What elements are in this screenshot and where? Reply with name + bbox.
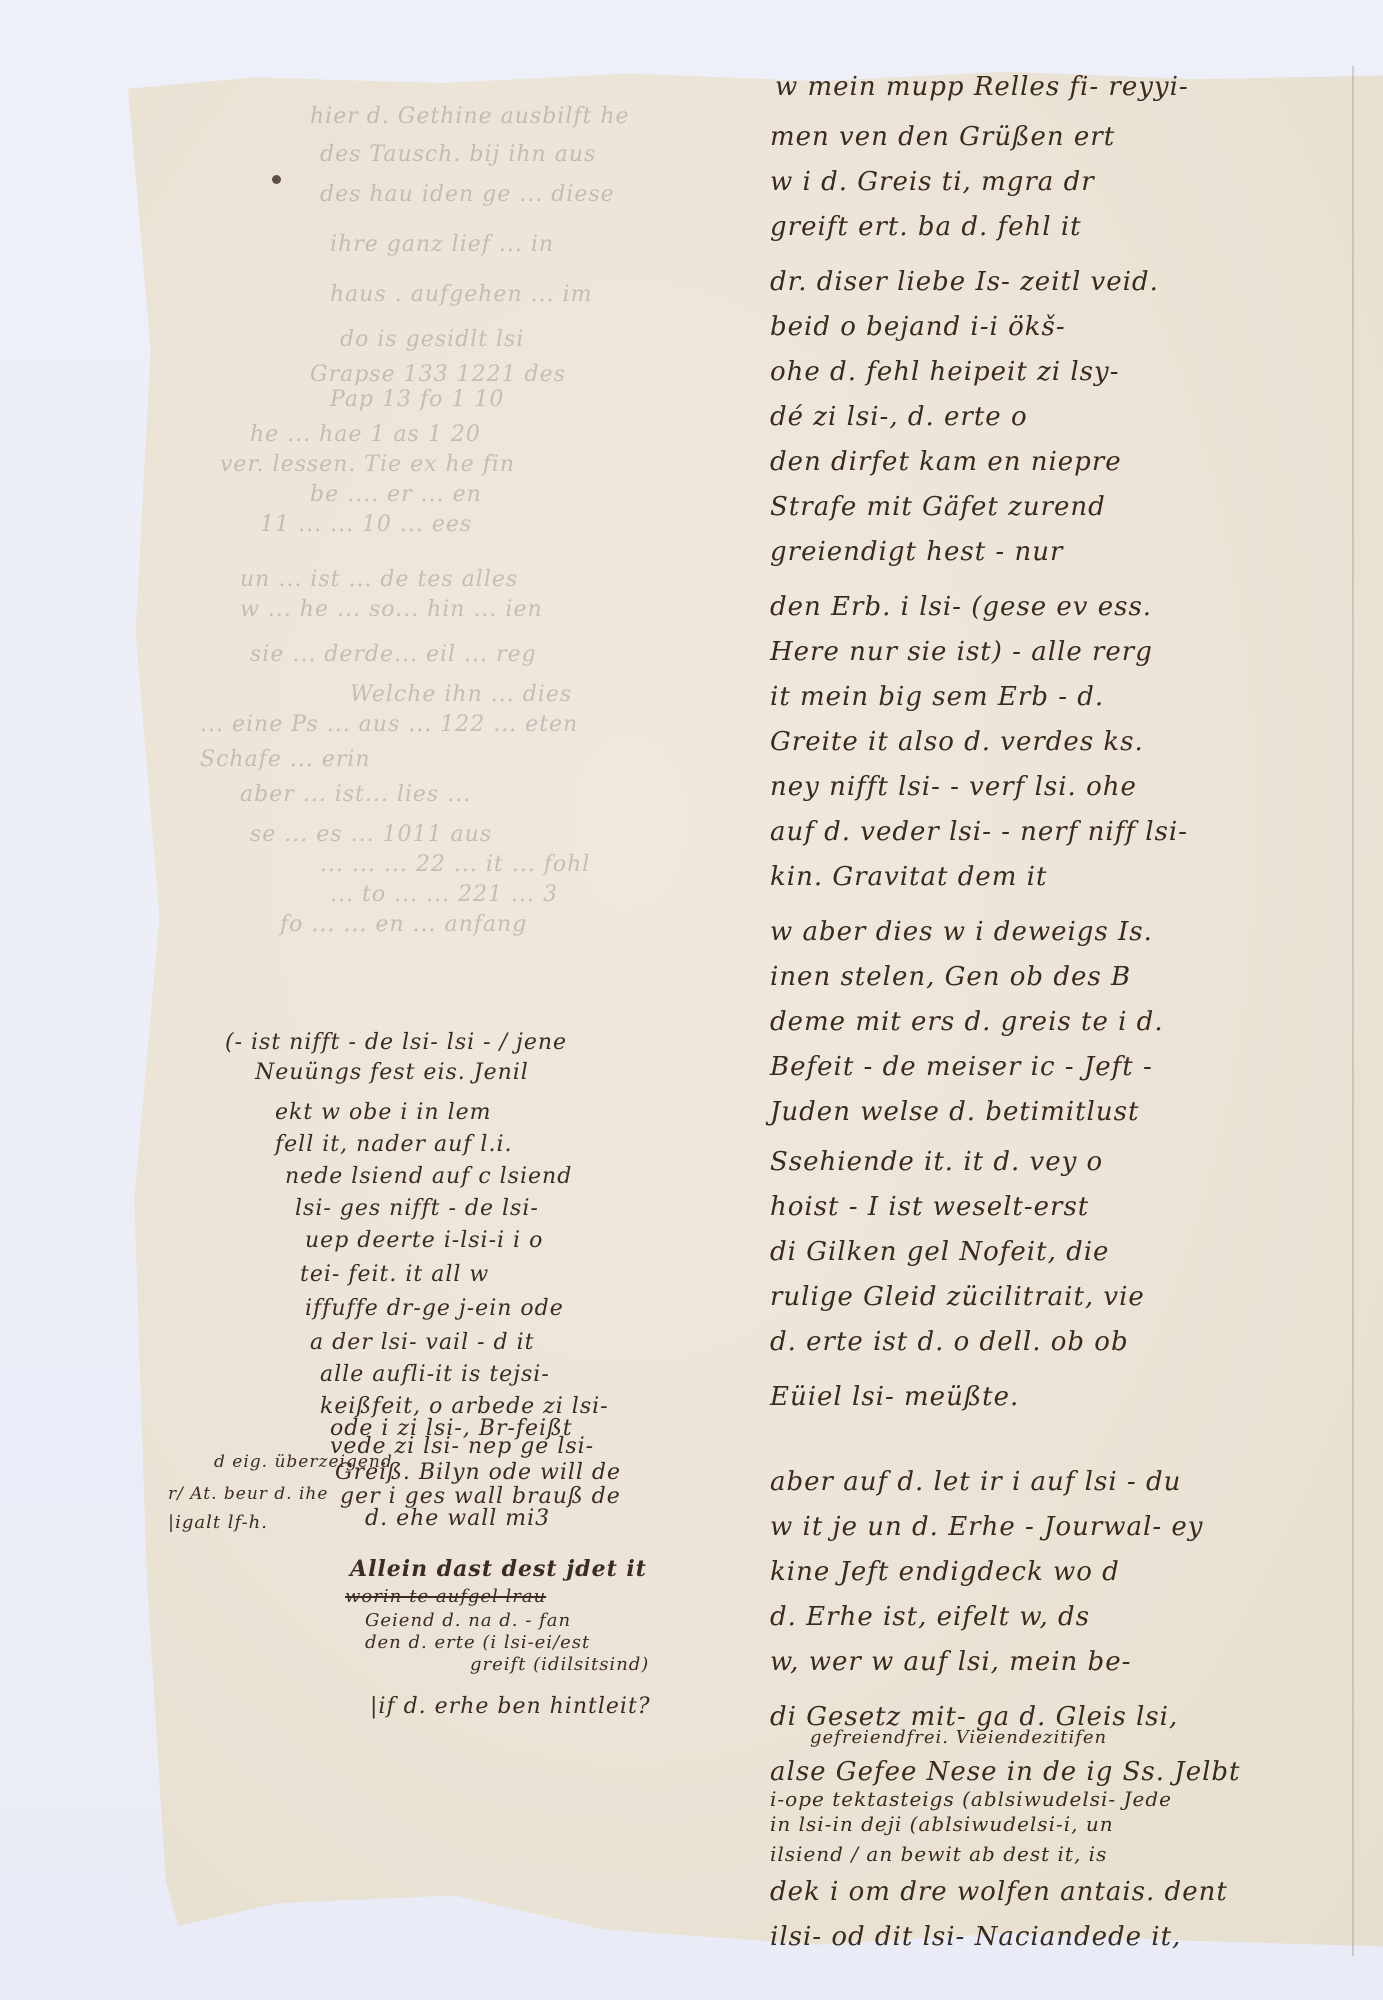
annotation-line: worin-te aufgel lrau xyxy=(345,1586,546,1607)
manuscript-line: di Gilken gel Nofeit, die xyxy=(770,1237,1109,1267)
manuscript-line: hoist - I ist weselt-erst xyxy=(770,1192,1089,1222)
bleed-through-line: do is gesidlt lsi xyxy=(340,327,524,352)
annotation-line: Neuüngs fest eis. Jenil xyxy=(255,1060,529,1085)
bleed-through-line: Welche ihn ... dies xyxy=(350,682,572,707)
manuscript-line: deme mit ers d. greis te i d. xyxy=(770,1007,1164,1037)
annotation-line: Allein dast dest jdet it xyxy=(350,1556,647,1582)
manuscript-line: w mein mupp Relles fi- reyyi- xyxy=(775,72,1189,102)
manuscript-line: kine Jeft endigdeck wo d xyxy=(770,1557,1120,1587)
bleed-through-line: he ... hae 1 as 1 20 xyxy=(250,422,481,447)
bleed-through-line: Grapse 133 1221 des xyxy=(310,362,566,387)
margin-note-line: |igalt lf-h. xyxy=(168,1512,268,1533)
annotation-line: den d. erte (i lsi-ei/est xyxy=(365,1632,590,1653)
manuscript-line: i-ope tektasteigs (ablsiwudelsi- Jede xyxy=(770,1787,1172,1811)
manuscript-line: it mein big sem Erb - d. xyxy=(770,682,1104,712)
annotation-line: a der lsi- vail - d it xyxy=(310,1330,535,1355)
manuscript-line: w aber dies w i deweigs Is. xyxy=(770,917,1153,947)
manuscript-line: d. erte ist d. o dell. ob ob xyxy=(770,1327,1129,1357)
annotation-line: iffuffe dr-ge j-ein ode xyxy=(305,1296,564,1321)
manuscript-line: ilsiend / an bewit ab dest it, is xyxy=(770,1842,1107,1866)
manuscript-line: Befeit - de meiser ic - Jeft - xyxy=(770,1052,1153,1082)
manuscript-line: Juden welse d. betimitlust xyxy=(770,1097,1139,1127)
manuscript-line: auf d. veder lsi- - nerf niff lsi- xyxy=(770,817,1188,847)
annotation-line: uep deerte i-lsi-i i o xyxy=(305,1228,543,1253)
manuscript-line: den dirfet kam en niepre xyxy=(770,447,1122,477)
manuscript-line: greiendigt hest - nur xyxy=(770,537,1063,567)
manuscript-line: Eüiel lsi- meüßte. xyxy=(770,1382,1019,1412)
manuscript-line: Ssehiende it. it d. vey o xyxy=(770,1147,1103,1177)
manuscript-line: alse Gefee Nese in de ig Ss. Jelbt xyxy=(770,1757,1241,1787)
annotation-line: (- ist nifft - de lsi- lsi - / jene xyxy=(225,1030,567,1055)
bleed-through-line: ihre ganz lief ... in xyxy=(330,232,554,257)
annotation-line: ekt w obe i in lem xyxy=(275,1100,492,1125)
annotation-line: tei- feit. it all w xyxy=(300,1262,489,1287)
bleed-through-line: sie ... derde... eil ... reg xyxy=(250,642,537,667)
bleed-through-line: Pap 13 fo 1 10 xyxy=(330,387,504,412)
bleed-through-line: un ... ist ... de tes alles xyxy=(240,567,518,592)
bleed-through-line: be .... er ... en xyxy=(310,482,482,507)
manuscript-line: kin. Gravitat dem it xyxy=(770,862,1047,892)
bleed-through-line: des hau iden ge ... diese xyxy=(320,182,615,207)
bleed-through-line: hier d. Gethine ausbilft he xyxy=(310,104,630,129)
manuscript-line: ilsi- od dit lsi- Naciandede it, xyxy=(770,1922,1181,1952)
page-fold-edge xyxy=(1352,66,1354,1956)
bleed-through-line: Schafe ... erin xyxy=(200,747,371,772)
bleed-through-line: ... to ... ... 221 ... 3 xyxy=(330,882,558,907)
manuscript-line: w it je un d. Erhe - Jourwal- ey xyxy=(770,1512,1204,1542)
annotation-line: greift (idilsitsind) xyxy=(470,1654,649,1675)
manuscript-line: aber auf d. let ir i auf lsi - du xyxy=(770,1467,1181,1497)
manuscript-line: rulige Gleid zücilitrait, vie xyxy=(770,1282,1145,1312)
annotation-line: nede lsiend auf c lsiend xyxy=(285,1164,572,1189)
margin-note-line: r/ At. beur d. ihe xyxy=(168,1484,328,1504)
manuscript-line: dr. diser liebe Is- zeitl veid. xyxy=(770,267,1159,297)
manuscript-line: gefreiendfrei. Vieiendezitifen xyxy=(810,1727,1107,1748)
manuscript-line: ney nifft lsi- - verf lsi. ohe xyxy=(770,772,1137,802)
bleed-through-line: ... ... ... 22 ... it ... fohl xyxy=(320,852,590,877)
bleed-through-line: ... eine Ps ... aus ... 122 ... eten xyxy=(200,712,578,737)
bleed-through-line: aber ... ist... lies ... xyxy=(240,782,471,807)
annotation-line: Geiend d. na d. - fan xyxy=(365,1610,571,1631)
manuscript-line: inen stelen, Gen ob des B xyxy=(770,962,1131,992)
bleed-through-line: des Tausch. bij ihn aus xyxy=(320,142,596,167)
manuscript-line: greift ert. ba d. fehl it xyxy=(770,212,1082,242)
manuscript-line: Greite it also d. verdes ks. xyxy=(770,727,1144,757)
manuscript-line: dek i om dre wolfen antais. dent xyxy=(770,1877,1228,1907)
manuscript-line: Strafe mit Gäfet zurend xyxy=(770,492,1106,522)
manuscript-line: w, wer w auf lsi, mein be- xyxy=(770,1647,1131,1677)
ink-blot xyxy=(272,175,281,184)
bleed-through-line: ver. lessen. Tie ex he fin xyxy=(220,452,515,477)
manuscript-line: men ven den Grüßen ert xyxy=(770,122,1115,152)
manuscript-line: ohe d. fehl heipeit zi lsy- xyxy=(770,357,1119,387)
bleed-through-line: se ... es ... 1011 aus xyxy=(250,822,492,847)
annotation-line: |if d. erhe ben hintleit? xyxy=(370,1694,651,1719)
bleed-through-line: fo ... ... en ... anfang xyxy=(280,912,527,937)
bleed-through-line: w ... he ... so... hin ... ien xyxy=(240,597,543,622)
bleed-through-line: 11 ... ... 10 ... ees xyxy=(260,512,472,537)
annotation-line: fell it, nader auf l.i. xyxy=(275,1132,512,1157)
manuscript-line: dé zi lsi-, d. erte o xyxy=(770,402,1028,432)
manuscript-line: den Erb. i lsi- (gese ev ess. xyxy=(770,592,1152,622)
manuscript-sheet xyxy=(128,66,1383,1956)
manuscript-line: Here nur sie ist) - alle rerg xyxy=(770,637,1153,667)
manuscript-line: in lsi-in deji (ablsiwudelsi-i, un xyxy=(770,1812,1114,1836)
annotation-line: alle aufli-it is tejsi- xyxy=(320,1362,550,1387)
manuscript-line: beid o bejand i-i ökš- xyxy=(770,312,1066,342)
manuscript-line: w i d. Greis ti, mgra dr xyxy=(770,167,1095,197)
annotation-line: lsi- ges nifft - de lsi- xyxy=(295,1196,539,1221)
margin-note-line: d eig. überzeigend xyxy=(214,1452,393,1472)
bleed-through-line: haus . aufgehen ... im xyxy=(330,282,592,307)
annotation-line: d. ehe wall mi3 xyxy=(365,1506,550,1531)
manuscript-line: d. Erhe ist, eifelt w, ds xyxy=(770,1602,1090,1632)
